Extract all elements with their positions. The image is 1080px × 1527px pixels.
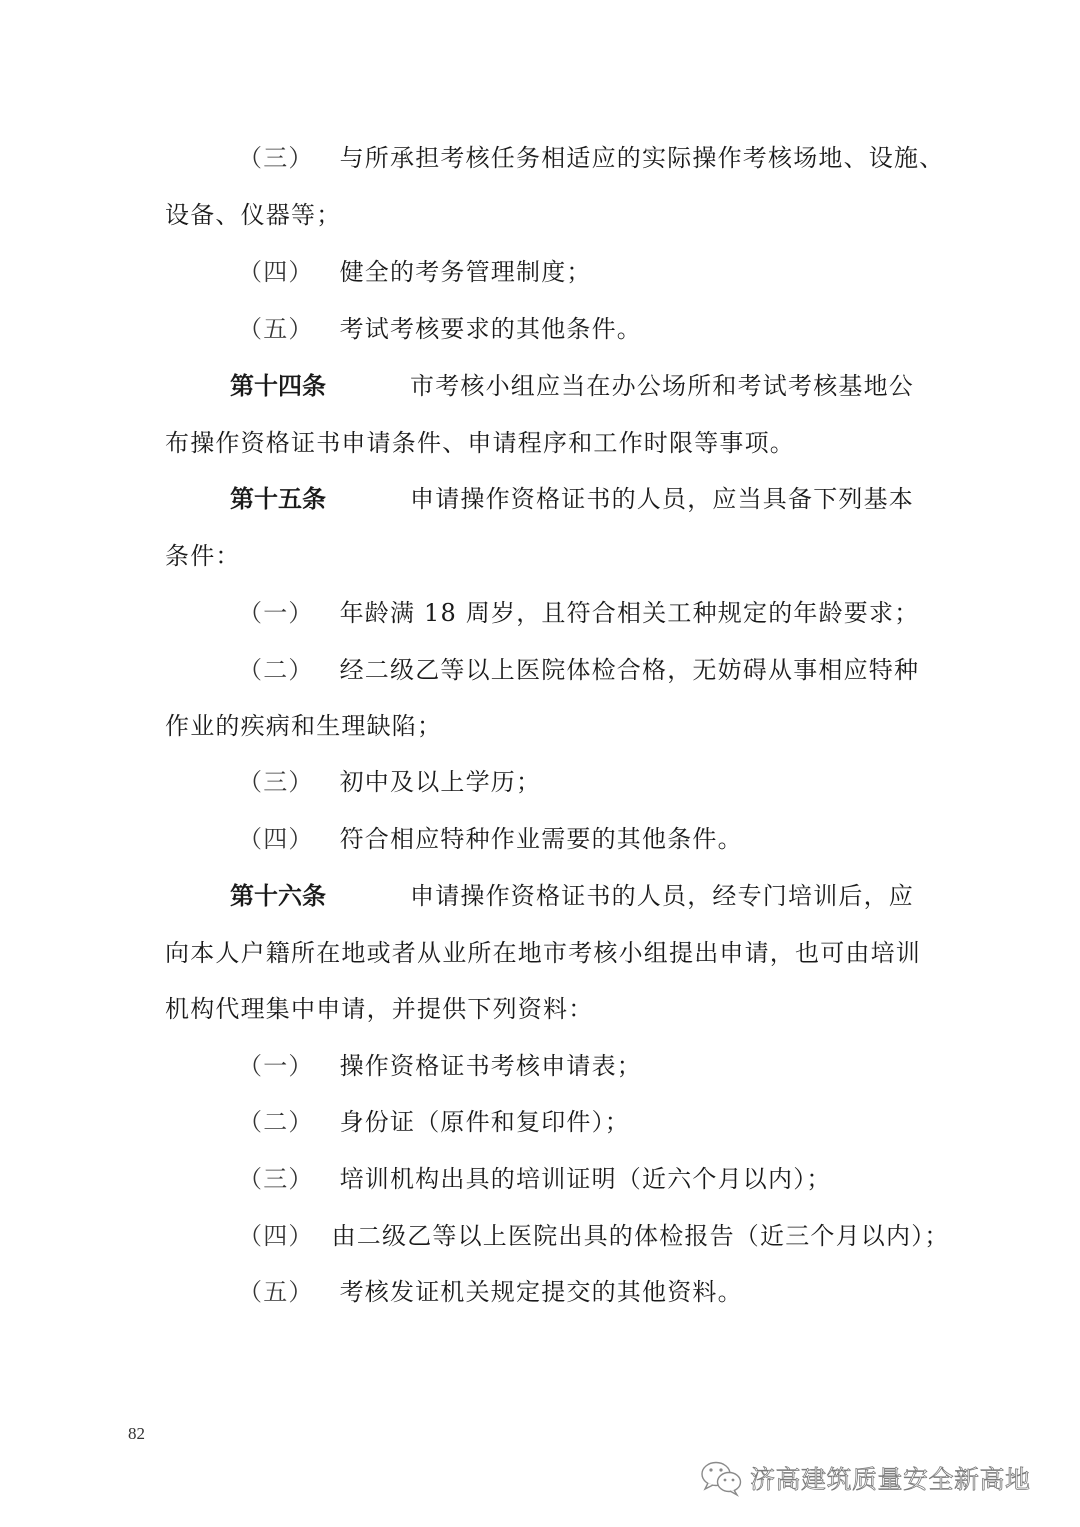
article-number: 第十四条 [230, 371, 410, 401]
line-text: 设备、仪器等； [165, 201, 341, 229]
article-number: 第十五条 [230, 484, 410, 514]
list-item: （三）初中及以上学历； [238, 767, 541, 797]
item-number: （一） [238, 1051, 314, 1081]
line-text: 作业的疾病和生理缺陷； [165, 712, 442, 740]
wechat-icon [700, 1459, 744, 1497]
line-text: 年龄满 18 周岁，且符合相关工种规定的年龄要求； [340, 599, 920, 627]
list-item: （四）健全的考务管理制度； [238, 257, 592, 287]
paragraph-line: 作业的疾病和生理缺陷； [165, 711, 442, 741]
line-text: 市考核小组应当在办公场所和考试考核基地公 [410, 372, 914, 400]
line-text: 由二级乙等以上医院出具的体检报告（近三个月以内）； [332, 1222, 950, 1250]
article-line: 第十五条申请操作资格证书的人员，应当具备下列基本 [230, 484, 914, 514]
line-text: 考核发证机关规定提交的其他资料。 [340, 1278, 743, 1306]
line-text: 初中及以上学历； [340, 768, 542, 796]
watermark: 济高建筑质量安全新高地 [700, 1459, 1031, 1497]
line-text: 培训机构出具的培训证明（近六个月以内）； [340, 1165, 832, 1193]
item-number: （四） [238, 257, 314, 287]
list-item: （二）身份证（原件和复印件）； [238, 1107, 630, 1137]
list-item: （一）操作资格证书考核申请表； [238, 1051, 642, 1081]
page-number: 82 [128, 1424, 145, 1444]
item-number: （三） [238, 767, 314, 797]
paragraph-line: 条件： [165, 541, 241, 571]
line-text: 申请操作资格证书的人员，经专门培训后，应 [410, 882, 914, 910]
watermark-text: 济高建筑质量安全新高地 [750, 1460, 1031, 1496]
line-text: 申请操作资格证书的人员，应当具备下列基本 [410, 485, 914, 513]
line-text: 经二级乙等以上医院体检合格，无妨碍从事相应特种 [340, 656, 920, 684]
list-item: （一）年龄满 18 周岁，且符合相关工种规定的年龄要求； [238, 598, 919, 628]
item-number: （二） [238, 1107, 314, 1137]
article-line: 第十四条市考核小组应当在办公场所和考试考核基地公 [230, 371, 914, 401]
line-text: 机构代理集中申请，并提供下列资料： [165, 995, 593, 1023]
item-number: （四） [238, 824, 314, 854]
item-number: （三） [238, 1164, 314, 1194]
list-item: （四）符合相应特种作业需要的其他条件。 [238, 824, 743, 854]
line-text: 与所承担考核任务相适应的实际操作考核场地、设施、 [340, 144, 945, 172]
line-text: 向本人户籍所在地或者从业所在地市考核小组提出申请，也可由培训 [165, 939, 921, 967]
item-number: （五） [238, 1277, 314, 1307]
line-text: 考试考核要求的其他条件。 [340, 315, 642, 343]
paragraph-line: 设备、仪器等； [165, 200, 341, 230]
line-text: 操作资格证书考核申请表； [340, 1052, 642, 1080]
list-item: （五）考核发证机关规定提交的其他资料。 [238, 1277, 743, 1307]
list-item: （三）培训机构出具的培训证明（近六个月以内）； [238, 1164, 832, 1194]
list-item: （二）经二级乙等以上医院体检合格，无妨碍从事相应特种 [238, 655, 919, 685]
list-item: （四）由二级乙等以上医院出具的体检报告（近三个月以内）； [238, 1221, 950, 1251]
item-number: （四） [238, 1221, 314, 1251]
list-item: （三）与所承担考核任务相适应的实际操作考核场地、设施、 [238, 143, 944, 173]
line-text: 条件： [165, 542, 241, 570]
article-line: 第十六条申请操作资格证书的人员，经专门培训后，应 [230, 881, 914, 911]
item-number: （五） [238, 314, 314, 344]
line-text: 符合相应特种作业需要的其他条件。 [340, 825, 743, 853]
article-number: 第十六条 [230, 881, 410, 911]
item-number: （二） [238, 655, 314, 685]
item-number: （三） [238, 143, 314, 173]
paragraph-line: 机构代理集中申请，并提供下列资料： [165, 994, 593, 1024]
line-text: 健全的考务管理制度； [340, 258, 592, 286]
line-text: 身份证（原件和复印件）； [340, 1108, 630, 1136]
list-item: （五）考试考核要求的其他条件。 [238, 314, 642, 344]
line-text: 布操作资格证书申请条件、申请程序和工作时限等事项。 [165, 429, 795, 457]
paragraph-line: 布操作资格证书申请条件、申请程序和工作时限等事项。 [165, 428, 795, 458]
item-number: （一） [238, 598, 314, 628]
paragraph-line: 向本人户籍所在地或者从业所在地市考核小组提出申请，也可由培训 [165, 938, 921, 968]
